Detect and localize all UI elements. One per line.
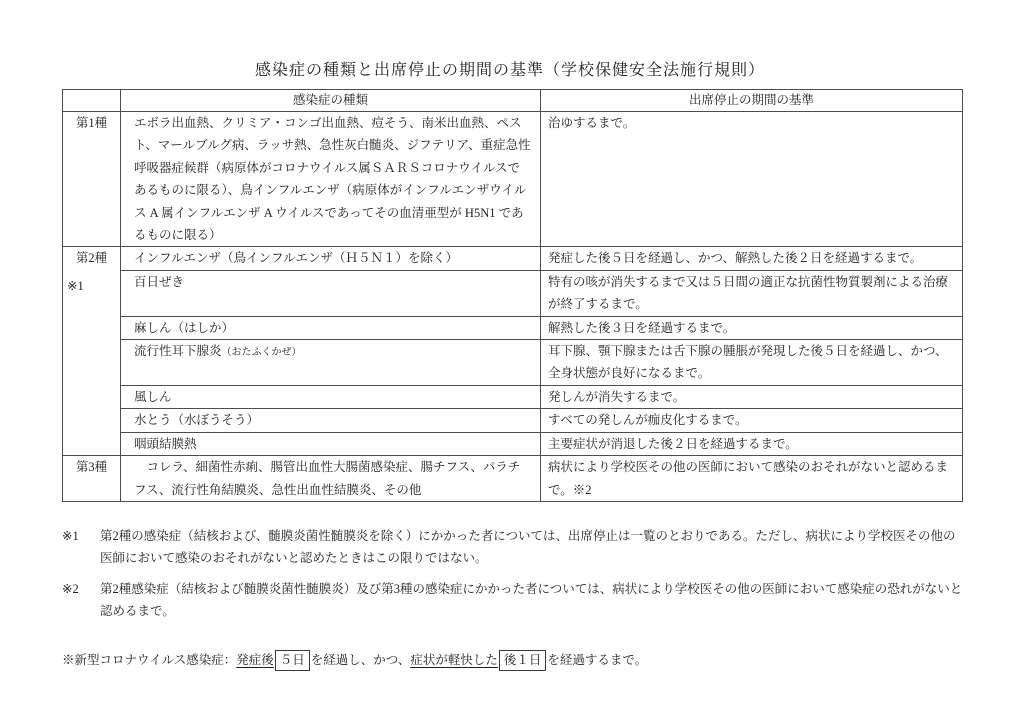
covid-note-segment: 後１日 bbox=[499, 650, 547, 671]
category-cell: 第1種 bbox=[63, 112, 121, 247]
covid-note-segment: 症状が軽快した bbox=[410, 653, 498, 667]
disease-cell: コレラ、細菌性赤痢、腸管出血性大腸菌感染症、腸チフス、パラチフス、流行性角結膜炎… bbox=[121, 456, 541, 502]
footnote-text: 第2種感染症（結核および髄膜炎菌性髄膜炎）及び第3種の感染症にかかった者について… bbox=[100, 578, 964, 622]
category-cell: 第2種※1 bbox=[63, 247, 121, 456]
criteria-cell: 発症した後５日を経過し、かつ、解熱した後２日を経過するまで。 bbox=[541, 247, 963, 270]
disease-subname: （おたふくかぜ） bbox=[222, 347, 302, 358]
document-page: 感染症の種類と出席停止の期間の基準（学校保健安全法施行規則） 感染症の種類 出席… bbox=[0, 0, 1020, 721]
footnotes-section: ※1第2種の感染症（結核および、髄膜炎菌性髄膜炎を除く）にかかった者については、… bbox=[62, 525, 964, 622]
criteria-cell: 耳下腺、顎下腺または舌下腺の腫脹が発現した後５日を経過し、かつ、全身状態が良好に… bbox=[541, 340, 963, 386]
covid-note-segment: ５日 bbox=[275, 650, 310, 671]
footnote: ※1第2種の感染症（結核および、髄膜炎菌性髄膜炎を除く）にかかった者については、… bbox=[62, 525, 964, 569]
header-disease-type: 感染症の種類 bbox=[121, 90, 541, 112]
disease-cell: エボラ出血熱、クリミア・コンゴ出血熱、痘そう、南米出血熱、ペスト、マールブルグ病… bbox=[121, 112, 541, 247]
page-title: 感染症の種類と出席停止の期間の基準（学校保健安全法施行規則） bbox=[0, 0, 1020, 80]
disease-table-body: 第1種エボラ出血熱、クリミア・コンゴ出血熱、痘そう、南米出血熱、ペスト、マールブ… bbox=[63, 112, 963, 502]
footnote: ※2第2種感染症（結核および髄膜炎菌性髄膜炎）及び第3種の感染症にかかった者につ… bbox=[62, 578, 964, 622]
disease-cell: 風しん bbox=[121, 385, 541, 408]
table-row: 麻しん（はしか）解熱した後３日を経過するまで。 bbox=[63, 316, 963, 339]
table-row: 第2種※1インフルエンザ（鳥インフルエンザ（Ｈ５Ｎ１）を除く）発症した後５日を経… bbox=[63, 247, 963, 270]
table-row: 水とう（水ぼうそう）すべての発しんが痂皮化するまで。 bbox=[63, 409, 963, 432]
covid-note-segment: 発症後 bbox=[236, 653, 274, 667]
table-row: 百日ぜき特有の咳が消失するまで又は５日間の適正な抗菌性物質製剤による治療が終了す… bbox=[63, 270, 963, 316]
table-row: 第3種 コレラ、細菌性赤痢、腸管出血性大腸菌感染症、腸チフス、パラチフス、流行性… bbox=[63, 456, 963, 502]
table-row: 流行性耳下腺炎（おたふくかぜ）耳下腺、顎下腺または舌下腺の腫脹が発現した後５日を… bbox=[63, 340, 963, 386]
disease-cell: インフルエンザ（鳥インフルエンザ（Ｈ５Ｎ１）を除く） bbox=[121, 247, 541, 270]
criteria-cell: 解熱した後３日を経過するまで。 bbox=[541, 316, 963, 339]
disease-cell: 流行性耳下腺炎（おたふくかぜ） bbox=[121, 340, 541, 386]
criteria-cell: 病状により学校医その他の医師において感染のおそれがないと認めるまで。※2 bbox=[541, 456, 963, 502]
footnote-text: 第2種の感染症（結核および、髄膜炎菌性髄膜炎を除く）にかかった者については、出席… bbox=[100, 525, 964, 569]
table-row: 第1種エボラ出血熱、クリミア・コンゴ出血熱、痘そう、南米出血熱、ペスト、マールブ… bbox=[63, 112, 963, 247]
criteria-cell: 主要症状が消退した後２日を経過するまで。 bbox=[541, 432, 963, 455]
category-label: 第2種 bbox=[65, 247, 118, 269]
disease-cell: 百日ぜき bbox=[121, 270, 541, 316]
category-cell: 第3種 bbox=[63, 456, 121, 502]
category-label: 第1種 bbox=[65, 112, 118, 134]
table-row: 咽頭結膜熱主要症状が消退した後２日を経過するまで。 bbox=[63, 432, 963, 455]
header-suspension-criteria: 出席停止の期間の基準 bbox=[541, 90, 963, 112]
criteria-cell: 発しんが消失するまで。 bbox=[541, 385, 963, 408]
footnote-marker: ※2 bbox=[62, 578, 100, 622]
covid-note-segment: ※新型コロナウイルス感染症： bbox=[62, 653, 236, 667]
header-category-cell bbox=[63, 90, 121, 112]
category-note: ※1 bbox=[65, 275, 118, 297]
covid-note-segment: を経過するまで。 bbox=[547, 653, 647, 667]
disease-cell: 麻しん（はしか） bbox=[121, 316, 541, 339]
criteria-cell: 治ゆするまで。 bbox=[541, 112, 963, 247]
disease-table: 感染症の種類 出席停止の期間の基準 第1種エボラ出血熱、クリミア・コンゴ出血熱、… bbox=[62, 89, 963, 502]
category-label: 第3種 bbox=[65, 456, 118, 478]
footnote-marker: ※1 bbox=[62, 525, 100, 569]
criteria-cell: すべての発しんが痂皮化するまで。 bbox=[541, 409, 963, 432]
covid-note-segment: を経過し、かつ、 bbox=[311, 653, 411, 667]
disease-cell: 咽頭結膜熱 bbox=[121, 432, 541, 455]
table-header-row: 感染症の種類 出席停止の期間の基準 bbox=[63, 90, 963, 112]
criteria-cell: 特有の咳が消失するまで又は５日間の適正な抗菌性物質製剤による治療が終了するまで。 bbox=[541, 270, 963, 316]
disease-cell: 水とう（水ぼうそう） bbox=[121, 409, 541, 432]
table-row: 風しん発しんが消失するまで。 bbox=[63, 385, 963, 408]
covid-note-line: ※新型コロナウイルス感染症：発症後５日を経過し、かつ、症状が軽快した後１日を経過… bbox=[62, 648, 1020, 672]
